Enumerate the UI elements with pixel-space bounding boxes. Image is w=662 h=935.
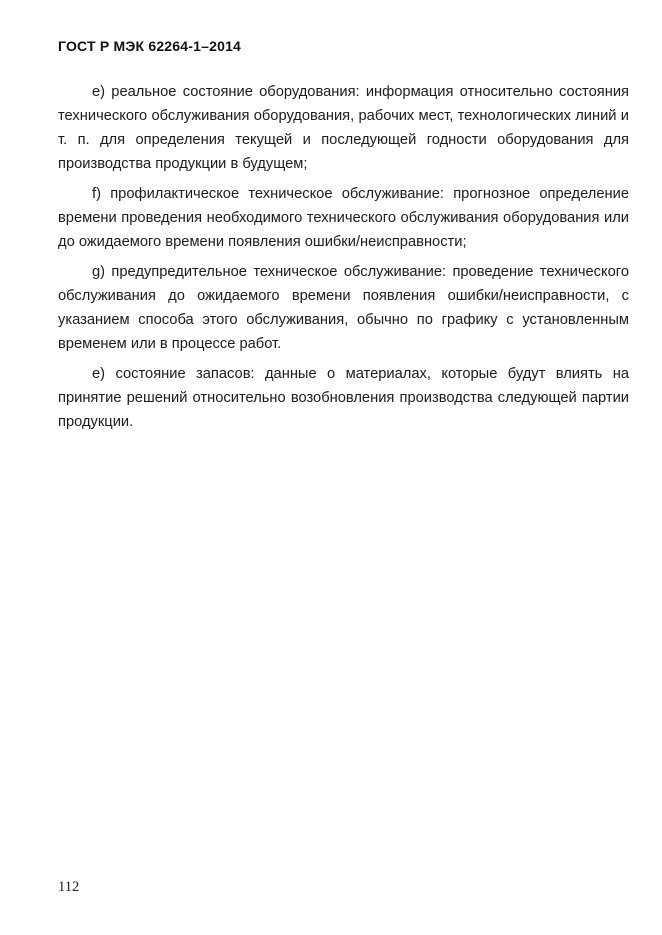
document-header-standard-number: ГОСТ Р МЭК 62264-1–2014 <box>58 38 241 54</box>
page-number: 112 <box>58 879 79 896</box>
body-paragraph-precautionary-maintenance: g) предупредительное техническое обслужи… <box>58 260 629 356</box>
body-paragraph-equipment-state: е) реальное состояние оборудования: инфо… <box>58 80 629 176</box>
body-paragraph-inventory-state: е) состояние запасов: данные о материала… <box>58 362 629 434</box>
document-page: ГОСТ Р МЭК 62264-1–2014 е) реальное сост… <box>0 0 662 935</box>
body-paragraph-preventive-maintenance: f) профилактическое техническое обслужив… <box>58 182 629 254</box>
document-body: е) реальное состояние оборудования: инфо… <box>58 80 629 440</box>
